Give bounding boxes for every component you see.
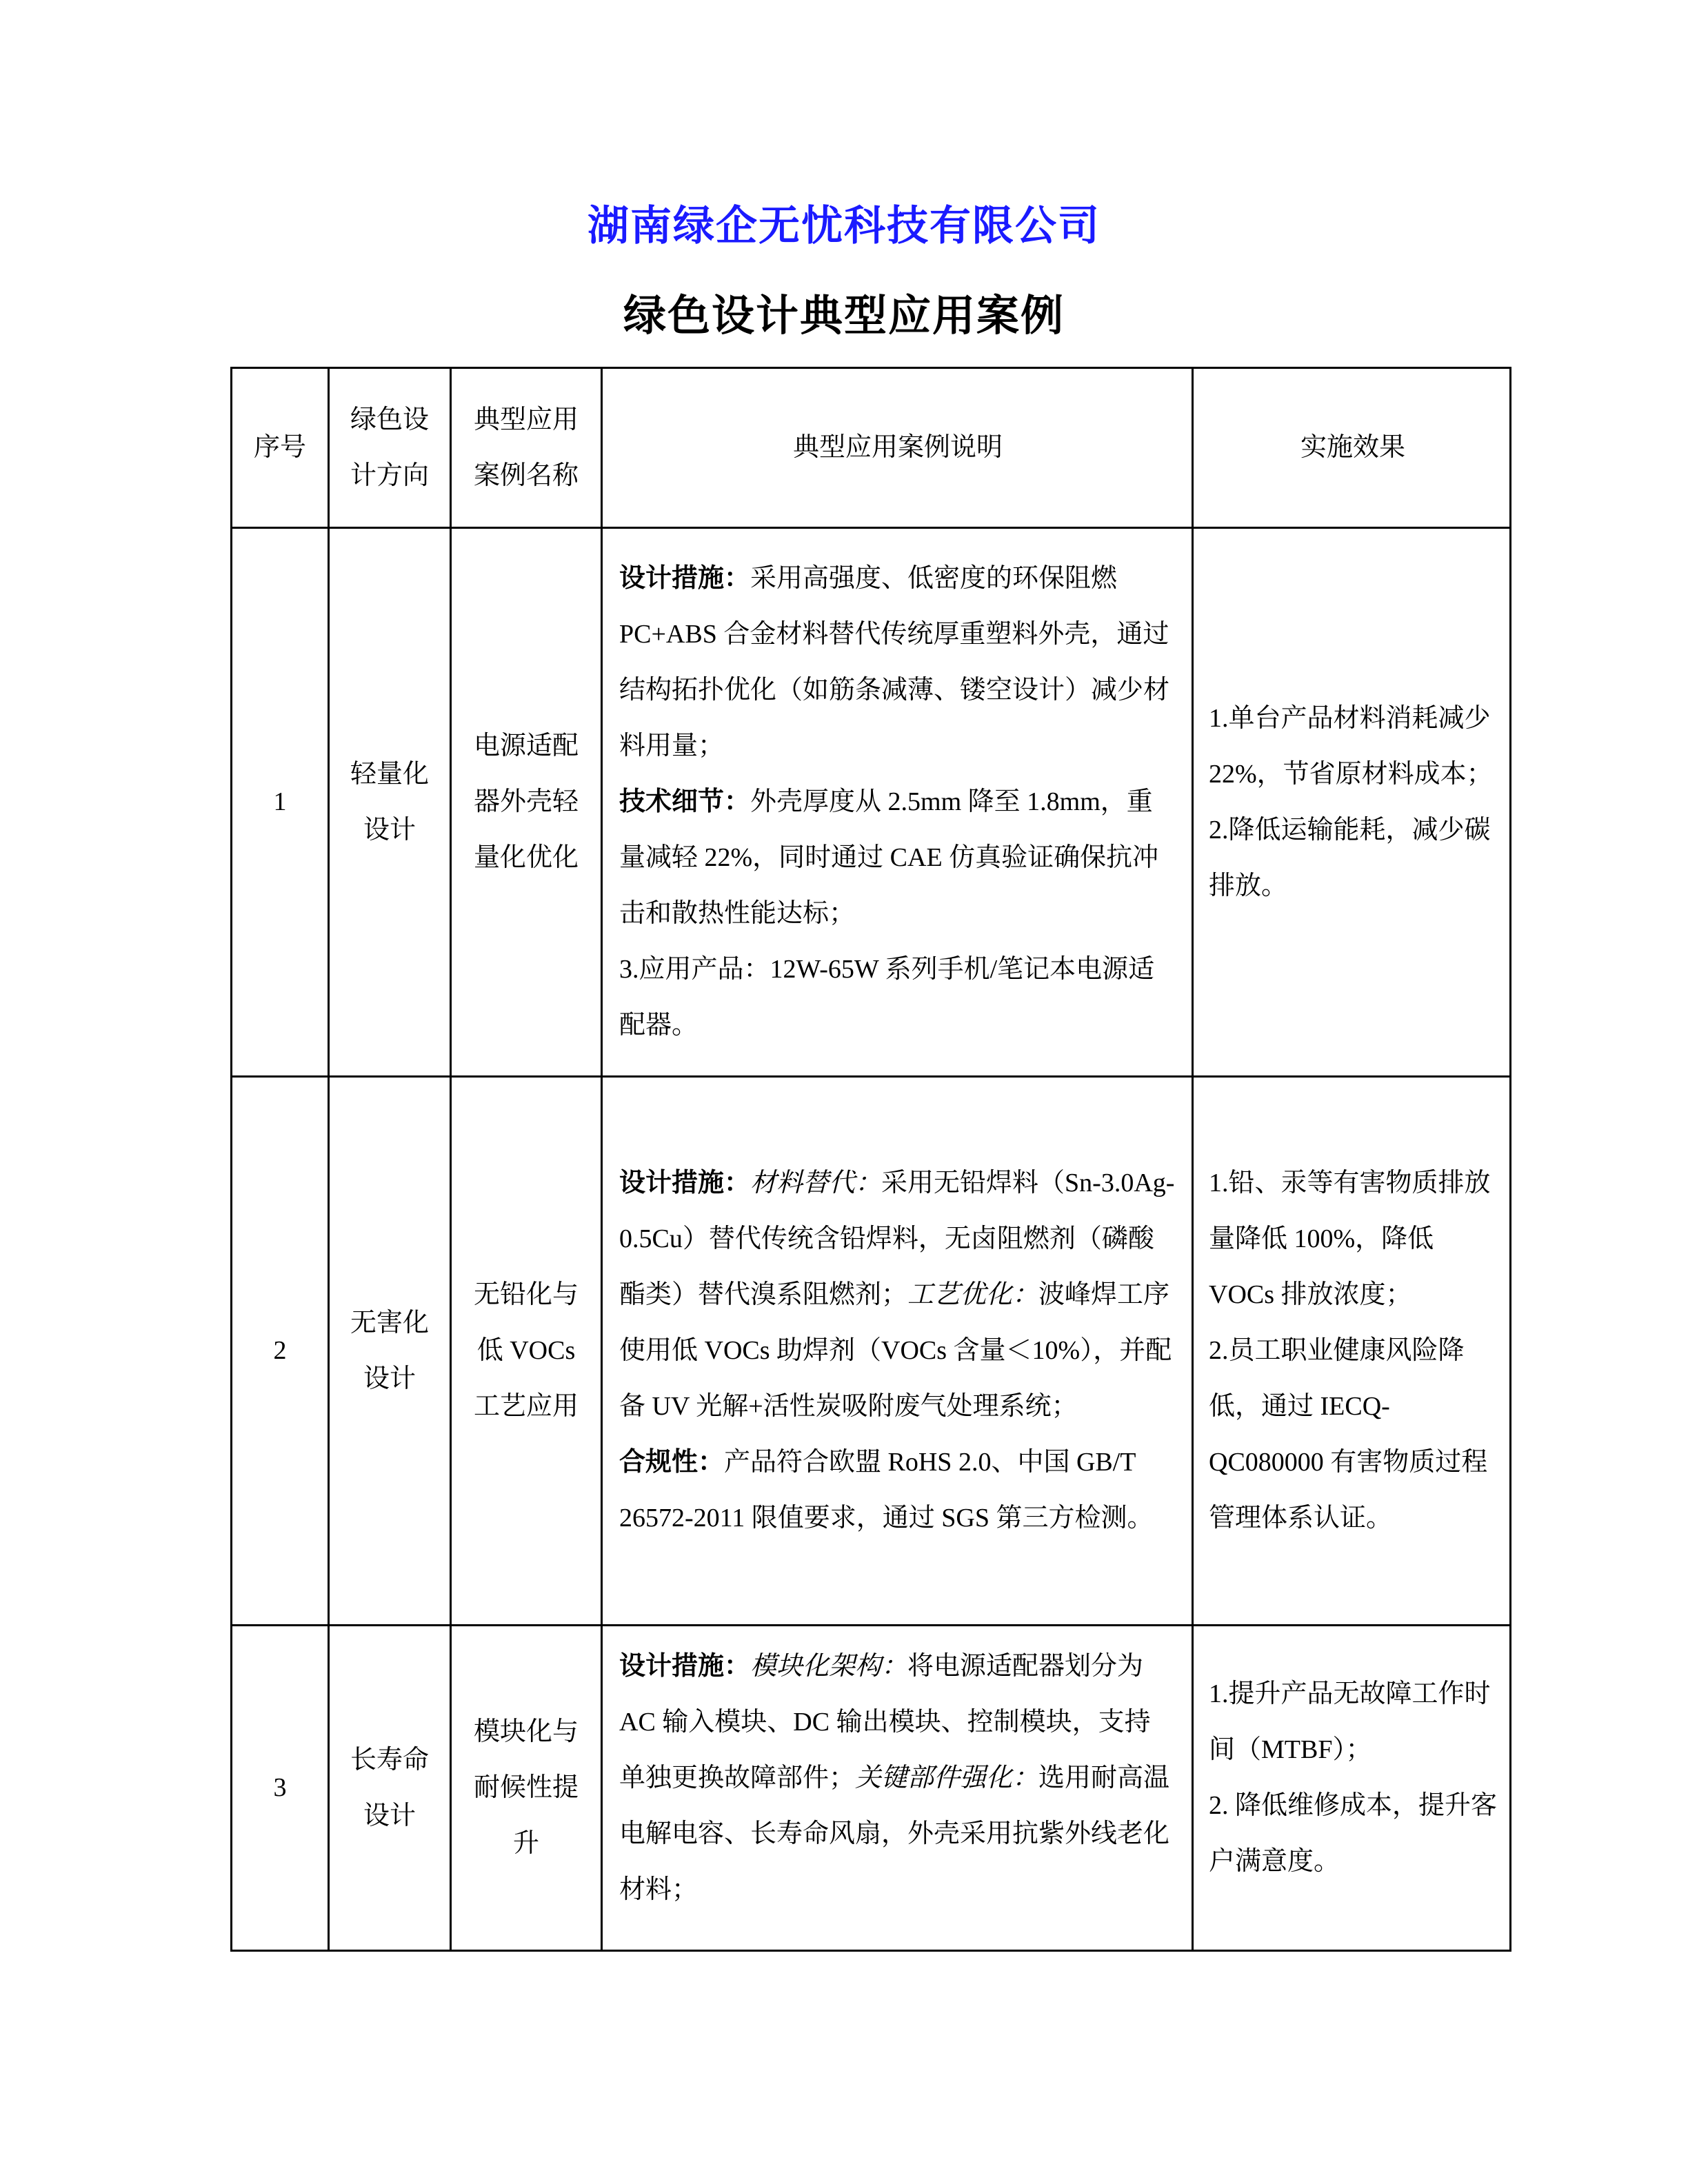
row-case-name-line: 电源适配 — [452, 718, 601, 774]
row-effect: 1.铅、汞等有害物质排放量降低 100%，降低 VOCs 排放浓度； 2.员工职… — [1193, 1077, 1511, 1626]
row-effect: 1.提升产品无故障工作时间（MTBF）； 2. 降低维修成本，提升客户满意度。 — [1193, 1626, 1511, 1951]
row-case-name-line: 升 — [452, 1816, 601, 1872]
design-measures-label: 设计措施： — [619, 564, 750, 593]
row-case-name-line: 耐候性提 — [452, 1760, 601, 1816]
row-description: 设计措施：材料替代：采用无铅焊料（Sn-3.0Ag-0.5Cu）替代传统含铅焊料… — [602, 1077, 1193, 1626]
green-design-cases-table: 序号 绿色设 计方向 典型应用 案例名称 典型应用案例说明 实施效果 1 轻量化… — [230, 367, 1511, 1952]
compliance-label: 合规性： — [619, 1448, 724, 1477]
col-header-index: 序号 — [232, 368, 329, 528]
effect-item: 2.员工职业健康风险降低，通过 IECQ-QC080000 有害物质过程管理体系… — [1209, 1336, 1487, 1533]
table-row: 2 无害化 设计 无铅化与 低 VOCs 工艺应用 设计措施：材料替代：采用无铅… — [232, 1077, 1511, 1626]
row-direction: 长寿命 设计 — [329, 1626, 451, 1951]
col-header-index-label: 序号 — [254, 433, 306, 462]
design-measures-label: 设计措施： — [619, 1652, 750, 1681]
row-case-name: 电源适配 器外壳轻 量化优化 — [451, 528, 602, 1077]
document-title: 绿色设计典型应用案例 — [0, 281, 1688, 343]
row-case-name: 无铅化与 低 VOCs 工艺应用 — [451, 1077, 602, 1626]
col-header-description: 典型应用案例说明 — [602, 368, 1193, 528]
effect-item: 2.降低运输能耗，减少碳排放。 — [1209, 816, 1491, 900]
material-substitution-label: 材料替代： — [750, 1169, 881, 1197]
process-optimization-label: 工艺优化： — [907, 1280, 1038, 1309]
effect-item: 2. 降低维修成本，提升客户满意度。 — [1209, 1791, 1497, 1876]
row-direction-line: 设计 — [330, 802, 450, 858]
effect-item: 1.提升产品无故障工作时间（MTBF）； — [1209, 1679, 1491, 1764]
row-case-name-line: 量化优化 — [452, 830, 601, 886]
col-header-direction-line2: 计方向 — [330, 448, 450, 504]
row-case-name-line: 模块化与 — [452, 1704, 601, 1760]
row-direction: 轻量化 设计 — [329, 528, 451, 1077]
row-direction-line: 设计 — [330, 1788, 450, 1844]
row-case-name-line: 器外壳轻 — [452, 774, 601, 830]
row-case-name-line: 无铅化与 — [452, 1267, 601, 1323]
table-row: 1 轻量化 设计 电源适配 器外壳轻 量化优化 设计措施：采用高强度、低密度的环… — [232, 528, 1511, 1077]
row-index: 2 — [232, 1077, 329, 1626]
row-description: 设计措施：模块化架构：将电源适配器划分为 AC 输入模块、DC 输出模块、控制模… — [602, 1626, 1193, 1951]
row-effect: 1.单台产品材料消耗减少 22%，节省原材料成本； 2.降低运输能耗，减少碳排放… — [1193, 528, 1511, 1077]
applied-products-text: 3.应用产品：12W-65W 系列手机/笔记本电源适配器。 — [619, 955, 1154, 1040]
row-direction-line: 设计 — [330, 1351, 450, 1407]
col-header-direction: 绿色设 计方向 — [329, 368, 451, 528]
row-index: 3 — [232, 1626, 329, 1951]
table-row: 3 长寿命 设计 模块化与 耐候性提 升 设计措施：模块化架构：将电源适配器划分… — [232, 1626, 1511, 1951]
row-direction-line: 轻量化 — [330, 747, 450, 802]
col-header-case-name-line1: 典型应用 — [452, 392, 601, 448]
row-case-name: 模块化与 耐候性提 升 — [451, 1626, 602, 1951]
design-measures-label: 设计措施： — [619, 1169, 750, 1197]
table-header-row: 序号 绿色设 计方向 典型应用 案例名称 典型应用案例说明 实施效果 — [232, 368, 1511, 528]
row-index: 1 — [232, 528, 329, 1077]
col-header-effect: 实施效果 — [1193, 368, 1511, 528]
tech-details-label: 技术细节： — [619, 787, 750, 816]
key-component-label: 关键部件强化： — [855, 1763, 1038, 1792]
col-header-case-name-line2: 案例名称 — [452, 448, 601, 504]
col-header-effect-label: 实施效果 — [1300, 433, 1405, 462]
col-header-description-label: 典型应用案例说明 — [793, 433, 1003, 462]
row-case-name-line: 低 VOCs — [452, 1323, 601, 1379]
row-case-name-line: 工艺应用 — [452, 1379, 601, 1435]
effect-item: 1.单台产品材料消耗减少 22%，节省原材料成本； — [1209, 704, 1493, 789]
company-name: 湖南绿企无忧科技有限公司 — [0, 193, 1688, 252]
design-measures-text: 采用高强度、低密度的环保阻燃 PC+ABS 合金材料替代传统厚重塑料外壳，通过结… — [619, 564, 1169, 760]
effect-item: 1.铅、汞等有害物质排放量降低 100%，降低 VOCs 排放浓度； — [1209, 1169, 1491, 1309]
col-header-case-name: 典型应用 案例名称 — [451, 368, 602, 528]
row-description: 设计措施：采用高强度、低密度的环保阻燃 PC+ABS 合金材料替代传统厚重塑料外… — [602, 528, 1193, 1077]
row-direction-line: 长寿命 — [330, 1732, 450, 1788]
row-direction: 无害化 设计 — [329, 1077, 451, 1626]
modular-architecture-label: 模块化架构： — [750, 1652, 907, 1681]
col-header-direction-line1: 绿色设 — [330, 392, 450, 448]
row-direction-line: 无害化 — [330, 1295, 450, 1351]
